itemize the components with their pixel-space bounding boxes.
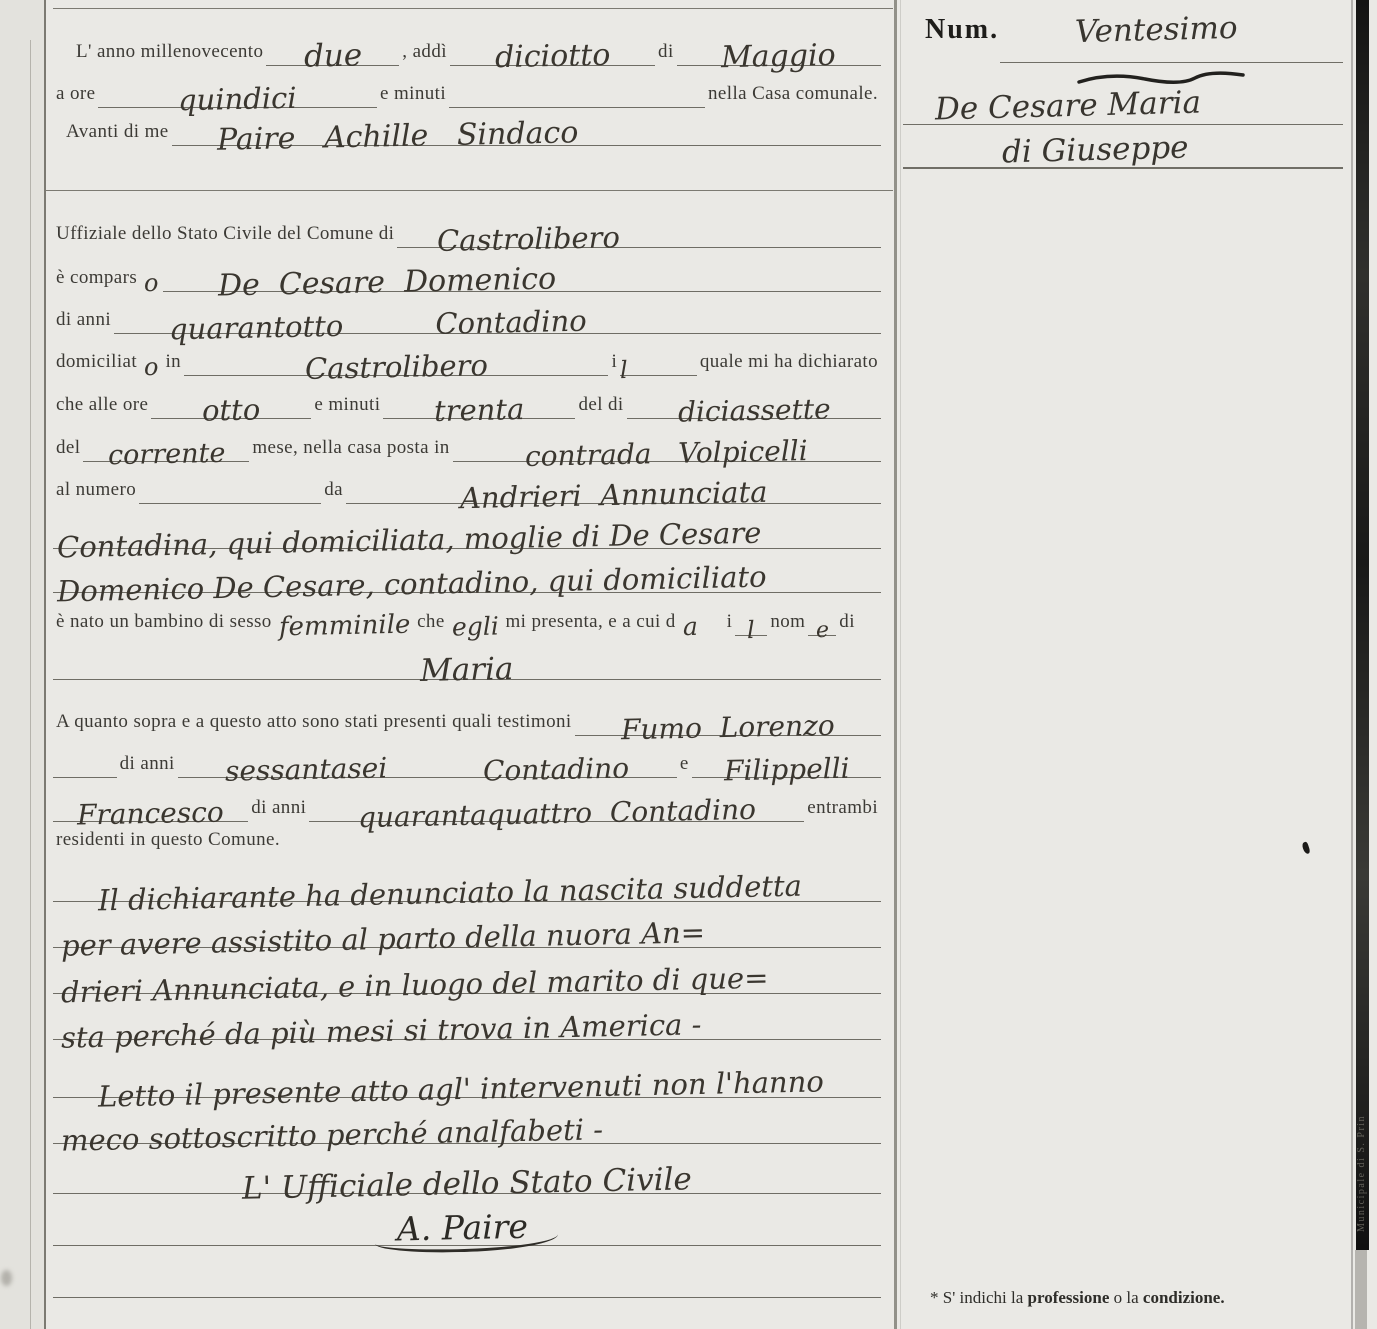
column-divider [894,0,897,1329]
handwritten-entry: Maggio [721,41,836,73]
handwritten-entry: Paire Achille Sindaco [216,118,578,156]
printed-text: entrambi [804,797,881,822]
fill-line: l [735,618,767,636]
signature-line: A. Paire [45,1196,893,1246]
fill-line: Castrolibero [184,353,608,376]
fill-line: Il dichiarante ha denunciato la nascita … [53,879,881,902]
fill-line: l [620,358,697,376]
line-official-before-me: Avanti di mePaire Achille Sindaco [45,110,893,146]
fill-line: otto [151,396,311,419]
line-baby-name: Maria [45,636,893,680]
fill-line: L' Ufficiale dello Stato Civile [53,1169,881,1194]
printed-text: di [836,611,858,636]
closing-line-2: meco sottoscritto perché analfabeti - [45,1098,893,1144]
line-baby-sex: è nato un bambino di sessofemminilecheeg… [45,594,893,636]
handwritten-text: o [140,355,163,379]
line-number-mother: al numerodaAndrieri Annunciata [45,462,893,504]
printed-text: A quanto sopra e a questo atto sono stat… [53,711,575,736]
ink-mark [1301,841,1310,854]
printed-text: e [677,753,692,778]
printed-text: di anni [117,753,178,778]
printed-text: mese, nella casa posta in [249,437,452,462]
line-witnesses-4: residenti in questo Comune. [45,822,893,854]
fill-line: quindici [98,85,377,108]
fill-line: Fumo Lorenzo [575,714,881,736]
line-witnesses-3: Francescodi anniquarantaquattro Contadin… [45,778,893,822]
line-declarant: è comparsoDe Cesare Domenico [45,250,893,292]
printed-text: nella Casa comunale. [705,83,881,108]
line-birth-hour: che alle oreottoe minutitrentadel didici… [45,377,893,419]
printed-text: , addì [399,41,450,66]
fill-line: meco sottoscritto perché analfabeti - [53,1121,881,1144]
footnote: * S' indichi la professione o la condizi… [930,1288,1225,1308]
printed-text: i [608,351,620,376]
line-year-date: L' anno millenovecentodue, addìdiciottod… [45,30,893,66]
scan-edge-band-lower [1355,1250,1367,1329]
printed-text: nom [767,611,808,636]
printed-text: di [655,41,677,66]
column-divider-ghost [900,0,901,1329]
printed-text: di anni [248,797,309,822]
handwritten-entry: diciotto [494,41,610,73]
printed-text: quale mi ha dichiarato [697,351,881,376]
closing-line-1: Letto il presente atto agl' intervenuti … [45,1052,893,1098]
handwritten-entry: sta perché da più mesi si trova in Ameri… [61,1010,702,1052]
declaration-line-1: Il dichiarante ha denunciato la nascita … [45,856,893,902]
fill-line: Contadina, qui domiciliata, moglie di De… [53,526,881,549]
empty-ruled-line [45,1250,893,1298]
printed-text: del [53,437,83,462]
printed-text: L' anno millenovecento [73,41,266,66]
fill-line: quarantotto Contadino [114,311,881,334]
fill-line: Paire Achille Sindaco [172,122,881,146]
printed-text: al numero [53,479,139,504]
footnote-star: * [930,1288,943,1307]
line-father-details: Domenico De Cesare, contadino, qui domic… [45,549,893,593]
fill-line: Andrieri Annunciata [346,481,881,504]
handwritten-entry: A. Paire [375,1209,559,1254]
handwritten-entry: Maria [420,654,514,687]
fill-line: De Cesare Domenico [163,268,881,292]
printed-text: e minuti [311,394,383,419]
margin-rule-1 [1000,62,1343,63]
fill-line: quarantaquattro Contadino [309,800,804,822]
fill-line: contrada Volpicelli [453,440,881,462]
fill-line: due [266,41,399,66]
margin-rule-3 [903,167,1343,169]
fill-line: Contadino [435,756,677,778]
printed-text: che [414,611,448,636]
fill-line: sta perché da più mesi si trova in Ameri… [53,1017,881,1040]
declaration-line-2: per avere assistito al parto della nuora… [45,902,893,948]
fill-line: Castrolibero [397,225,881,248]
printed-text: in [163,351,185,376]
printed-text: è nato un bambino di sesso [53,611,275,636]
fill-line: Francesco [53,800,248,822]
birth-certificate-page: L' anno millenovecentodue, addìdiciottod… [0,0,1377,1329]
footnote-text-mid: o la [1109,1288,1143,1307]
line-hour: a orequindicie minutinella Casa comunale… [45,74,893,108]
margin-rule-2 [903,124,1343,125]
fill-line: drieri Annunciata, e in luogo del marito… [53,971,881,994]
num-label: Num. [925,14,999,46]
record-number-entry: Ventesimo [1075,10,1238,50]
printed-text: residenti in questo Comune. [53,829,283,854]
form-main-column: L' anno millenovecentodue, addìdiciottod… [45,0,893,1329]
declaration-line-3: drieri Annunciata, e in luogo del marito… [45,948,893,994]
printed-text: a ore [53,83,98,108]
line-witnesses-1: A quanto sopra e a questo atto sono stat… [45,694,893,736]
margin-father-name: di Giuseppe [1002,130,1189,171]
printer-credit-vertical-text: Municipale di S. Prin [1356,932,1367,1232]
footnote-bold-profession: professione [1028,1288,1110,1307]
margin-child-name: De Cesare Maria [935,85,1202,128]
ink-smudge [1,1270,12,1286]
fill-line: trenta [383,396,575,419]
line-comune: Uffiziale dello Stato Civile del Comune … [45,208,893,248]
line-mother-details: Contadina, qui domiciliata, moglie di De… [45,505,893,549]
line-domicile: domiciliatoinCastroliberoilquale mi ha d… [45,334,893,376]
printed-text: domiciliat [53,351,140,376]
printed-text: del di [575,394,626,419]
printed-text: è compars [53,267,140,292]
fill-line: corrente [83,441,249,462]
scan-left-margin [0,0,45,1329]
printed-text: da [321,479,346,504]
form-left-border-inner [30,40,31,1329]
line-month-house: delcorrentemese, nella casa posta incont… [45,420,893,462]
handwritten-entry: due [303,40,362,72]
line-witnesses-2: di annisessantaseiContadinoeFilippelli [45,736,893,778]
fill-line [53,1297,881,1298]
printed-text: che alle ore [53,394,151,419]
fill-line: Filippelli [692,756,881,778]
printed-text: Uffiziale dello Stato Civile del Comune … [53,223,397,248]
fill-line: Maggio [677,42,881,66]
fill-line: Maria [53,655,881,680]
fill-line: diciotto [450,42,655,66]
officer-title-line: L' Ufficiale dello Stato Civile [45,1146,893,1194]
footnote-text: S' indichi la [943,1288,1028,1307]
printed-text: di anni [53,309,114,334]
fill-line: Domenico De Cesare, contadino, qui domic… [53,570,881,593]
fill-line: sessantasei [178,756,436,778]
scan-edge-line [1351,0,1353,1329]
printed-text: mi presenta, e a cui d [502,611,678,636]
fill-line [139,503,321,504]
printed-text: i [724,611,736,636]
line-declarant-age: di anniquarantotto Contadino [45,292,893,334]
fill-line: per avere assistito al parto della nuora… [53,925,881,948]
fill-line: diciassette [627,397,881,419]
printed-text: Avanti di me [63,121,172,146]
fill-line: Letto il presente atto agl' intervenuti … [53,1075,881,1098]
fill-line: A. Paire [53,1211,881,1246]
printed-text: e minuti [377,83,449,108]
fill-line [449,107,705,108]
footnote-bold-condition: condizione. [1143,1288,1225,1307]
declaration-line-4: sta perché da più mesi si trova in Ameri… [45,994,893,1040]
fill-line: e [808,620,836,636]
